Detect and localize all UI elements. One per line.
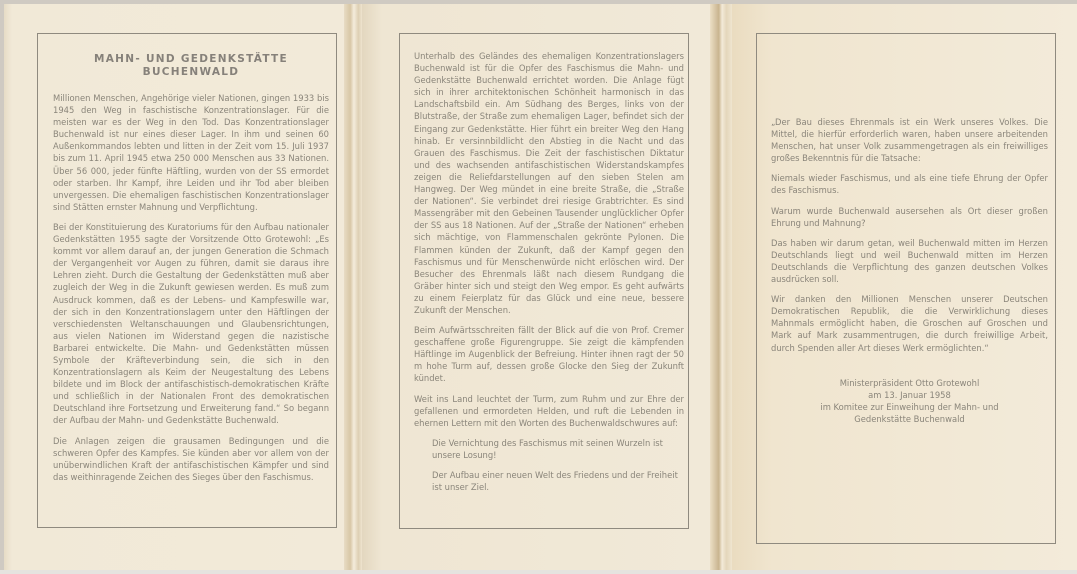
signature-line: Ministerpräsident Otto Grotewohl <box>771 377 1048 389</box>
paragraph: Bei der Konstituierung des Kuratoriums f… <box>53 221 329 427</box>
middle-panel-text: Unterhalb des Geländes des ehemaligen Ko… <box>414 50 684 501</box>
paragraph: Wir danken den Millionen Menschen unsere… <box>771 293 1048 353</box>
oath-line: Der Aufbau einer neuen Welt des Friedens… <box>414 469 684 493</box>
document-title: MAHN- UND GEDENKSTÄTTE BUCHENWALD <box>53 53 329 79</box>
paragraph: Millionen Menschen, Angehörige vieler Na… <box>53 92 329 213</box>
paragraph: Das haben wir darum getan, weil Buchenwa… <box>771 237 1048 285</box>
left-panel-text: MAHN- UND GEDENKSTÄTTE BUCHENWALD Millio… <box>53 53 329 491</box>
paragraph: Die Anlagen zeigen die grausamen Bedingu… <box>53 435 329 483</box>
oath-line: Die Vernichtung des Faschismus mit seine… <box>414 437 684 461</box>
title-line-1: MAHN- UND GEDENKSTÄTTE <box>94 53 288 65</box>
title-line-2: BUCHENWALD <box>143 66 240 78</box>
signature-block: Ministerpräsident Otto Grotewohl am 13. … <box>771 377 1048 425</box>
paragraph: Beim Aufwärtsschreiten fällt der Blick a… <box>414 324 684 384</box>
signature-line: Gedenkstätte Buchenwald <box>771 413 1048 425</box>
paragraph: Warum wurde Buchenwald ausersehen als Or… <box>771 205 1048 229</box>
fold-crease-right <box>710 4 732 570</box>
scan-bottom-edge <box>0 570 1077 574</box>
paragraph: Niemals wieder Faschismus, und als eine … <box>771 172 1048 196</box>
fold-crease-left <box>344 4 362 570</box>
signature-line: im Komitee zur Einweihung der Mahn- und <box>771 401 1048 413</box>
paragraph: Weit ins Land leuchtet der Turm, zum Ruh… <box>414 393 684 429</box>
right-panel-text: „Der Bau dieses Ehrenmals ist ein Werk u… <box>771 116 1048 362</box>
leaflet-sheet: MAHN- UND GEDENKSTÄTTE BUCHENWALD Millio… <box>4 4 1077 570</box>
signature-line: am 13. Januar 1958 <box>771 389 1048 401</box>
paragraph: Unterhalb des Geländes des ehemaligen Ko… <box>414 50 684 316</box>
paragraph: „Der Bau dieses Ehrenmals ist ein Werk u… <box>771 116 1048 164</box>
